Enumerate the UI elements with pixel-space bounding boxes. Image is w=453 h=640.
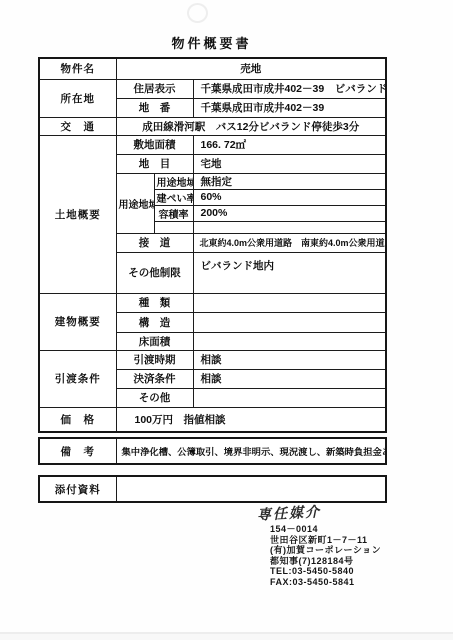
- table-row: 物件名 売地: [39, 58, 386, 79]
- structure-label: 構 造: [116, 312, 193, 332]
- coverage-ratio-label: 建ぺい率: [154, 189, 193, 205]
- table-row: 添付資料: [39, 476, 386, 502]
- land-overview-section-label: 土地概要: [39, 135, 116, 293]
- residential-address-value: 千葉県成田市成井402－39 ビバランド内: [193, 79, 386, 98]
- zoning-value: 無指定: [193, 173, 386, 189]
- agency-postal-code: 154－0014: [270, 524, 381, 535]
- delivery-timing-label: 引渡時期: [116, 350, 193, 369]
- delivery-timing-value: 相談: [193, 350, 386, 369]
- table-row: 交 通 成田線滑河駅 バス12分ビバランド停徒歩3分: [39, 117, 386, 135]
- residential-address-label: 住居表示: [116, 79, 193, 98]
- building-type-value: [193, 293, 386, 312]
- zoning-extra-label: [154, 221, 193, 233]
- lot-number-value: 千葉県成田市成井402－39: [193, 98, 386, 117]
- road-access-label: 接 道: [116, 233, 193, 252]
- floor-area-ratio-label: 容積率: [154, 205, 193, 221]
- punch-hole-mark: [187, 3, 208, 23]
- agency-tel: TEL:03-5450-5840: [270, 566, 381, 577]
- document-page: 物件概要書 物件名 売地 所在地 住居表示 千葉県成田市成井402－39 ビバラ…: [0, 0, 453, 640]
- page-title: 物件概要書: [38, 33, 385, 52]
- price-label: 価 格: [39, 407, 116, 432]
- handwritten-note: 専任媒介: [257, 501, 322, 524]
- zoning-extra-value: [193, 221, 386, 233]
- delivery-terms-section-label: 引渡条件: [39, 350, 116, 407]
- agency-company-name: (有)加賀コーポレーション: [270, 545, 381, 556]
- transport-value: 成田線滑河駅 バス12分ビバランド停徒歩3分: [116, 117, 386, 135]
- agency-address: 世田谷区新町1－7－11: [270, 535, 381, 546]
- land-category-label: 地 目: [116, 154, 193, 173]
- zoning-group-label: 用途地域: [116, 173, 154, 233]
- agency-fax: FAX:03-5450-5841: [270, 577, 381, 588]
- property-name-label: 物件名: [39, 58, 116, 79]
- building-type-label: 種 類: [116, 293, 193, 312]
- building-overview-section-label: 建物概要: [39, 293, 116, 350]
- table-row: 価 格 100万円 指値相談: [39, 407, 386, 432]
- coverage-ratio-value: 60%: [193, 189, 386, 205]
- structure-value: [193, 312, 386, 332]
- zoning-label: 用途地域: [154, 173, 193, 189]
- floor-area-label: 床面積: [116, 332, 193, 350]
- remarks-table: 備 考 集中浄化槽、公簿取引、境界非明示、現況渡し、新築時負担金あり30万: [38, 437, 387, 465]
- table-row: 引渡条件 引渡時期 相談: [39, 350, 386, 369]
- delivery-other-value: [193, 388, 386, 407]
- delivery-other-label: その他: [116, 388, 193, 407]
- scan-bottom-shade: [0, 634, 453, 640]
- table-row: 備 考 集中浄化槽、公簿取引、境界非明示、現況渡し、新築時負担金あり30万: [39, 438, 386, 464]
- settlement-label: 決済条件: [116, 369, 193, 388]
- attachments-label: 添付資料: [39, 476, 116, 502]
- location-section-label: 所在地: [39, 79, 116, 117]
- site-area-label: 敷地面積: [116, 135, 193, 154]
- attachments-table: 添付資料: [38, 475, 387, 503]
- land-category-value: 宅地: [193, 154, 386, 173]
- other-restrictions-label: その他制限: [116, 252, 193, 293]
- site-area-value: 166. 72㎡: [193, 135, 386, 154]
- attachments-value: [116, 476, 386, 502]
- table-row: 土地概要 敷地面積 166. 72㎡: [39, 135, 386, 154]
- table-row: 所在地 住居表示 千葉県成田市成井402－39 ビバランド内: [39, 79, 386, 98]
- settlement-value: 相談: [193, 369, 386, 388]
- remarks-label: 備 考: [39, 438, 116, 464]
- remarks-value: 集中浄化槽、公簿取引、境界非明示、現況渡し、新築時負担金あり30万: [116, 438, 386, 464]
- agency-license-number: 都知事(7)128184号: [270, 556, 381, 567]
- transport-label: 交 通: [39, 117, 116, 135]
- lot-number-label: 地 番: [116, 98, 193, 117]
- road-access-value: 北東約4.0m公衆用道路 南東約4.0m公衆用道路: [193, 233, 386, 252]
- table-row: 建物概要 種 類: [39, 293, 386, 312]
- property-overview-table: 物件名 売地 所在地 住居表示 千葉県成田市成井402－39 ビバランド内 地 …: [38, 57, 387, 433]
- other-restrictions-value: ビバランド地内: [193, 252, 386, 293]
- price-value: 100万円 指値相談: [116, 407, 386, 432]
- agency-contact-block: 154－0014 世田谷区新町1－7－11 (有)加賀コーポレーション 都知事(…: [270, 524, 381, 587]
- property-name-value: 売地: [116, 58, 386, 79]
- floor-area-value: [193, 332, 386, 350]
- floor-area-ratio-value: 200%: [193, 205, 386, 221]
